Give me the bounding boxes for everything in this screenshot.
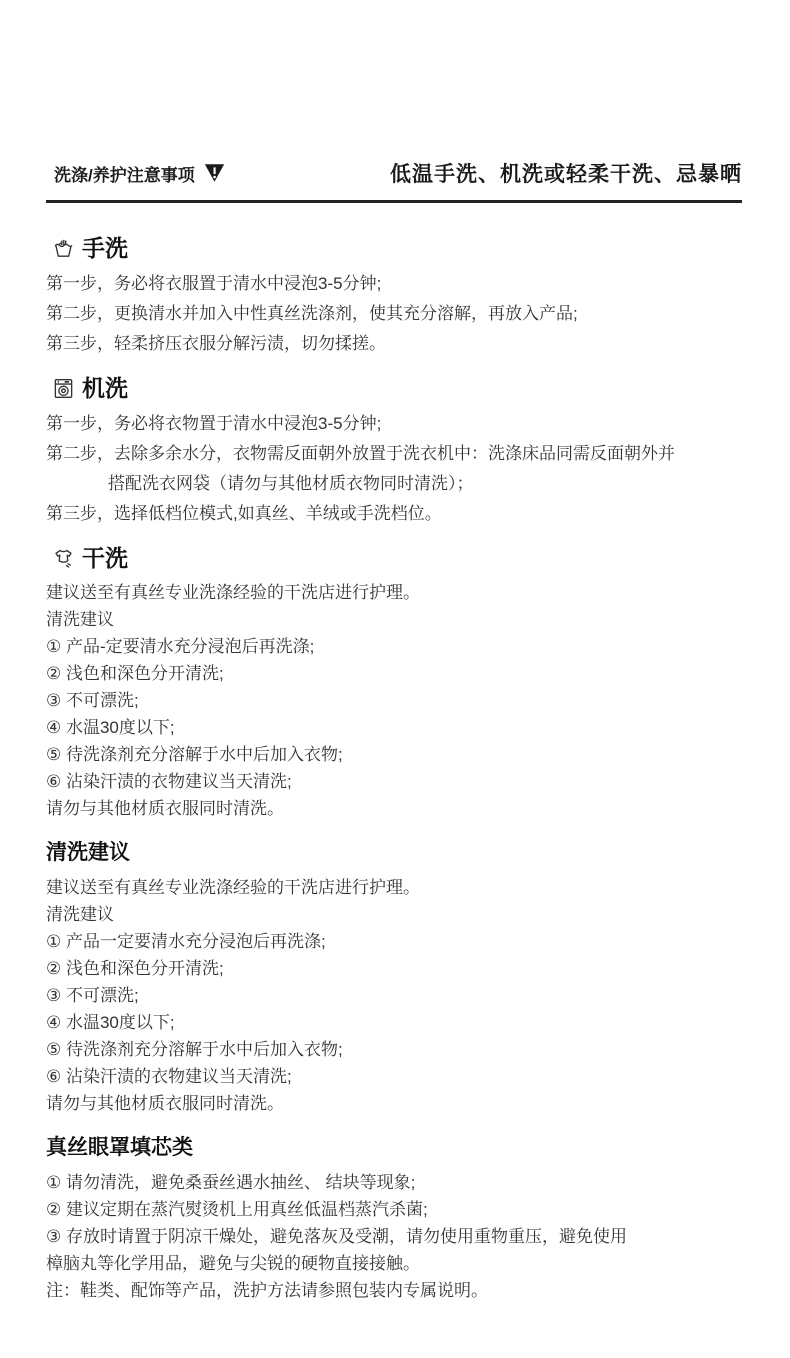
machine-wash-lines: 第一步，务必将衣物置于清水中浸泡3-5分钟; 第二步，去除多余水分，衣物需反面朝… <box>46 409 742 529</box>
text-line: ⑤ 待洗涤剂充分溶解于水中后加入衣物; <box>46 741 742 768</box>
section-machine-wash: 机洗 第一步，务必将衣物置于清水中浸泡3-5分钟; 第二步，去除多余水分，衣物需… <box>46 373 742 529</box>
machine-wash-heading: 机洗 <box>52 373 742 403</box>
text-line: 第三步，选择低档位模式,如真丝、羊绒或手洗档位。 <box>46 499 742 529</box>
text-line: ③ 不可漂洗; <box>46 687 742 714</box>
text-line: ⑥ 沾染汗渍的衣物建议当天清洗; <box>46 768 742 795</box>
hand-wash-title: 手洗 <box>82 233 128 263</box>
header-left-title: 洗涤/养护注意事项 <box>54 161 195 186</box>
text-line: ② 浅色和深色分开清洗; <box>46 660 742 687</box>
text-line: ⑥ 沾染汗渍的衣物建议当天清洗; <box>46 1063 742 1090</box>
header-divider <box>46 200 742 203</box>
text-line: ① 产品-定要清水充分浸泡后再洗涤; <box>46 633 742 660</box>
warning-triangle-icon <box>204 163 225 183</box>
text-line: 建议送至有真丝专业洗涤经验的干洗店进行护理。 <box>46 874 742 901</box>
section-cleaning-advice: 清洗建议 建议送至有真丝专业洗涤经验的干洗店进行护理。 清洗建议 ① 产品一定要… <box>46 838 742 1117</box>
dry-clean-icon <box>52 547 75 570</box>
silk-eyemask-lines: ① 请勿清洗，避免桑蚕丝遇水抽丝、 结块等现象; ② 建议定期在蒸汽熨烫机上用真… <box>46 1169 742 1304</box>
text-line: 第一步，务必将衣物置于清水中浸泡3-5分钟; <box>46 409 742 439</box>
page-header: 洗涤/养护注意事项 低温手洗、机洗或轻柔干洗、忌暴晒 <box>46 158 742 188</box>
dry-clean-lines: 建议送至有真丝专业洗涤经验的干洗店进行护理。 清洗建议 ① 产品-定要清水充分浸… <box>46 579 742 822</box>
text-line: ⑤ 待洗涤剂充分溶解于水中后加入衣物; <box>46 1036 742 1063</box>
text-line: 请勿与其他材质衣服同时清洗。 <box>46 795 742 822</box>
text-line: 第三步，轻柔挤压衣服分解污渍，切勿揉搓。 <box>46 329 742 359</box>
dry-clean-heading: 干洗 <box>52 543 742 573</box>
text-line: ③ 存放时请置于阴凉干燥处，避免落灰及受潮，请勿使用重物重压，避免使用 <box>46 1223 742 1250</box>
care-instructions-page: 洗涤/养护注意事项 低温手洗、机洗或轻柔干洗、忌暴晒 手 <box>0 0 790 1358</box>
header-right-title: 低温手洗、机洗或轻柔干洗、忌暴晒 <box>390 158 742 188</box>
text-line: 清洗建议 <box>46 606 742 633</box>
hand-wash-heading: 手洗 <box>52 233 742 263</box>
section-dry-clean: 干洗 建议送至有真丝专业洗涤经验的干洗店进行护理。 清洗建议 ① 产品-定要清水… <box>46 543 742 822</box>
silk-eyemask-heading: 真丝眼罩填芯类 <box>46 1133 742 1163</box>
text-line: 第二步，去除多余水分，衣物需反面朝外放置于洗衣机中：洗涤床品同需反面朝外并 <box>46 439 742 469</box>
text-line: 请勿与其他材质衣服同时清洗。 <box>46 1090 742 1117</box>
text-line: ① 产品一定要清水充分浸泡后再洗涤; <box>46 928 742 955</box>
text-line: 第一步，务必将衣服置于清水中浸泡3-5分钟; <box>46 269 742 299</box>
hand-wash-lines: 第一步，务必将衣服置于清水中浸泡3-5分钟; 第二步，更换清水并加入中性真丝洗涤… <box>46 269 742 359</box>
text-line: ① 请勿清洗，避免桑蚕丝遇水抽丝、 结块等现象; <box>46 1169 742 1196</box>
cleaning-advice-heading: 清洗建议 <box>46 838 742 868</box>
text-line: 樟脑丸等化学用品，避免与尖锐的硬物直接接触。 <box>46 1250 742 1277</box>
text-line: ② 建议定期在蒸汽熨烫机上用真丝低温档蒸汽杀菌; <box>46 1196 742 1223</box>
machine-wash-title: 机洗 <box>82 373 128 403</box>
dry-clean-title: 干洗 <box>82 543 128 573</box>
hand-wash-icon <box>52 237 75 260</box>
text-line: 注：鞋类、配饰等产品，洗护方法请参照包装内专属说明。 <box>46 1277 742 1304</box>
header-left: 洗涤/养护注意事项 <box>54 161 225 186</box>
text-line: ④ 水温30度以下; <box>46 714 742 741</box>
text-line: ③ 不可漂洗; <box>46 982 742 1009</box>
text-line: 第二步，更换清水并加入中性真丝洗涤剂，使其充分溶解，再放入产品; <box>46 299 742 329</box>
text-line: 建议送至有真丝专业洗涤经验的干洗店进行护理。 <box>46 579 742 606</box>
section-hand-wash: 手洗 第一步，务必将衣服置于清水中浸泡3-5分钟; 第二步，更换清水并加入中性真… <box>46 233 742 359</box>
text-line: 清洗建议 <box>46 901 742 928</box>
section-silk-eyemask: 真丝眼罩填芯类 ① 请勿清洗，避免桑蚕丝遇水抽丝、 结块等现象; ② 建议定期在… <box>46 1133 742 1304</box>
text-line: ④ 水温30度以下; <box>46 1009 742 1036</box>
cleaning-advice-lines: 建议送至有真丝专业洗涤经验的干洗店进行护理。 清洗建议 ① 产品一定要清水充分浸… <box>46 874 742 1117</box>
text-line: ② 浅色和深色分开清洗; <box>46 955 742 982</box>
machine-wash-icon <box>52 377 75 400</box>
text-line: 搭配洗衣网袋（请勿与其他材质衣物同时清洗）； <box>46 469 742 499</box>
